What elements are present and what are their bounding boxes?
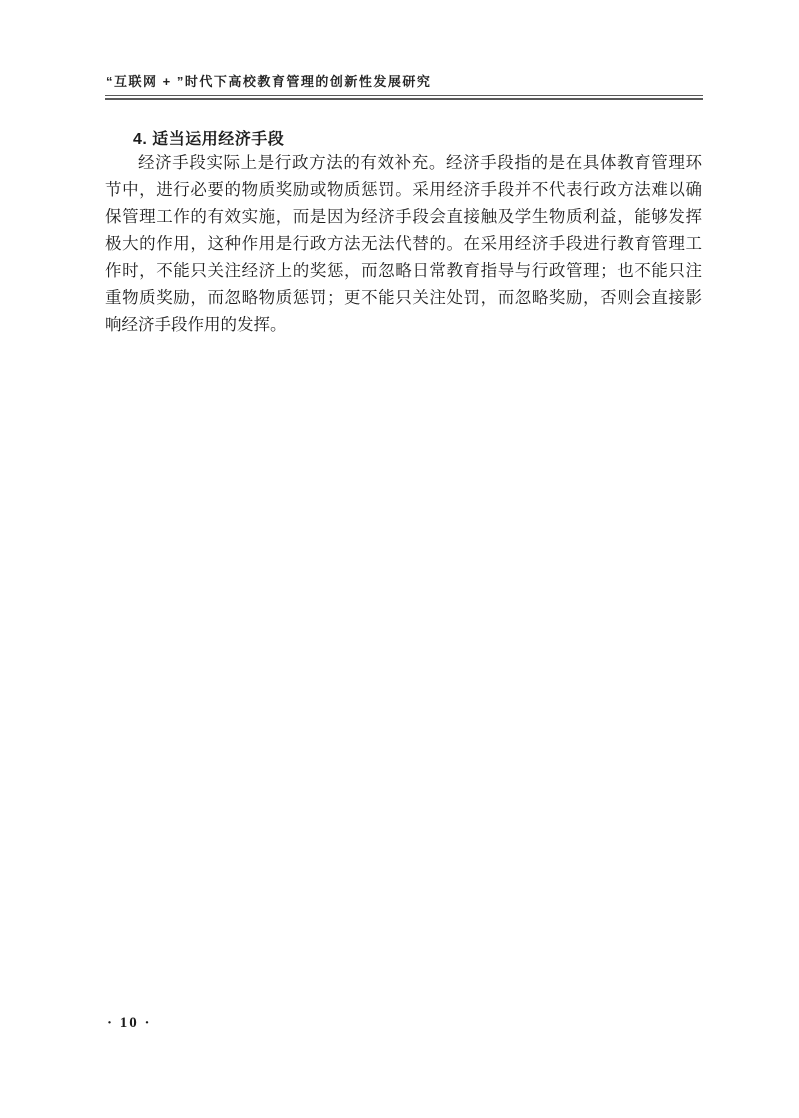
body-line: 响经济手段作用的发挥。 xyxy=(105,311,702,338)
header-double-rule xyxy=(105,95,703,100)
body-line: 极大的作用，这种作用是行政方法无法代替的。在采用经济手段进行教育管理工 xyxy=(105,230,702,257)
body-paragraph: 经济手段实际上是行政方法的有效补充。经济手段指的是在具体教育管理环 节中，进行必… xyxy=(105,149,702,338)
page-number: · 10 · xyxy=(107,1015,152,1032)
section-heading: 4. 适当运用经济手段 xyxy=(105,126,702,149)
running-head: “互联网 + ”时代下高校教育管理的创新性发展研究 xyxy=(106,71,703,90)
body-line: 节中，进行必要的物质奖励或物质惩罚。采用经济手段并不代表行政方法难以确 xyxy=(105,176,702,203)
body-line: 保管理工作的有效实施，而是因为经济手段会直接触及学生物质利益，能够发挥 xyxy=(105,203,702,230)
body-line: 作时，不能只关注经济上的奖惩，而忽略日常教育指导与行政管理；也不能只注 xyxy=(105,257,702,284)
document-page: “互联网 + ”时代下高校教育管理的创新性发展研究 4. 适当运用经济手段 经济… xyxy=(0,0,799,1118)
body-line: 重物质奖励，而忽略物质惩罚；更不能只关注处罚，而忽略奖励，否则会直接影 xyxy=(105,284,702,311)
body-line: 经济手段实际上是行政方法的有效补充。经济手段指的是在具体教育管理环 xyxy=(105,149,702,176)
